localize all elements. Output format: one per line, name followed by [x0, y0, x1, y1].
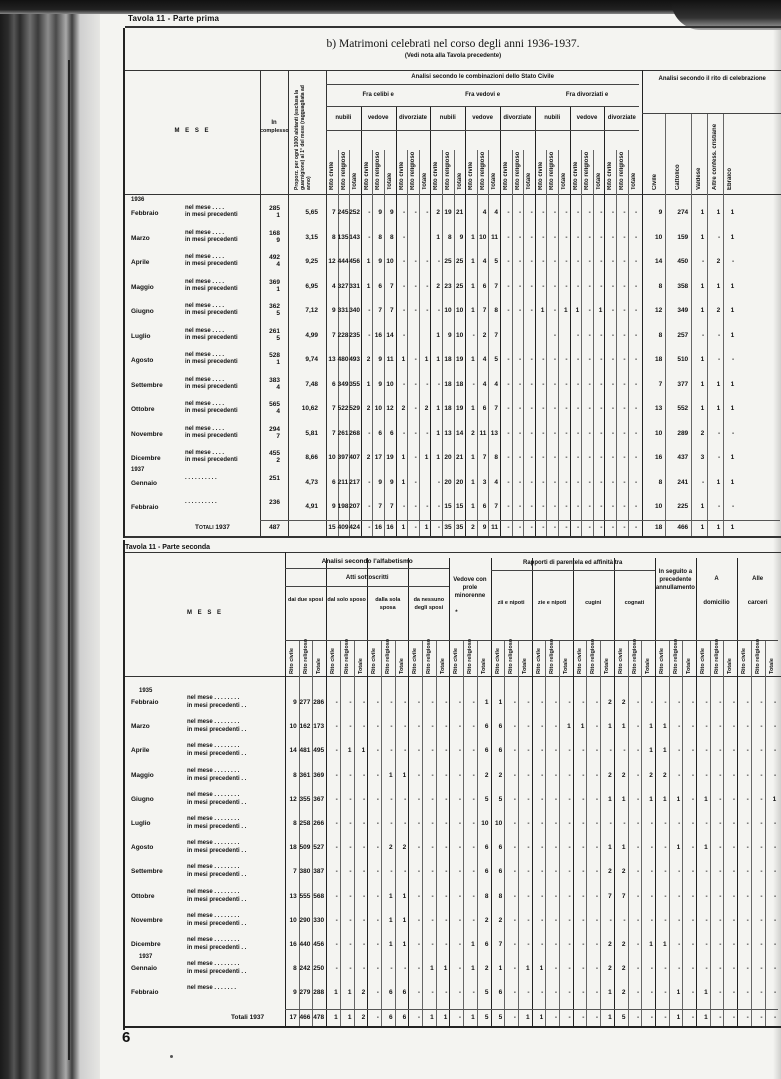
header-totale: Totale [440, 644, 446, 674]
cell-value: - [463, 820, 475, 827]
row-sub-label: in mesi precedenti [185, 212, 238, 219]
cell-value: - [723, 844, 735, 851]
cell-value: 2 [655, 772, 667, 779]
cell-value: 2 [396, 405, 406, 412]
cell-value: 8 [477, 893, 489, 900]
cell-rito: 1 [691, 307, 704, 314]
cell-value: - [737, 747, 749, 754]
row-sub-label: in mesi precedenti . . [187, 800, 246, 807]
cell-value: 407 [349, 454, 359, 461]
cell-value: - [559, 820, 571, 827]
row-sub-label: in mesi precedenti . . [187, 945, 246, 952]
cell-proporzione: 8,66 [288, 454, 318, 461]
cell-value: - [523, 405, 533, 412]
header-rito-civile: Rito civile [607, 136, 613, 190]
cell-value: - [765, 747, 777, 754]
cell-value: - [546, 356, 556, 363]
cell-value: - [340, 868, 352, 875]
cell-value: - [546, 234, 556, 241]
cell-value: - [422, 941, 434, 948]
cell-value: 21 [454, 209, 464, 216]
cell-value: - [381, 747, 393, 754]
row-sub-label: nel mese . . . . . . . . [187, 937, 239, 944]
cell-rito: 1 [723, 234, 734, 241]
cell-value: - [710, 723, 722, 730]
cell-rito: - [723, 430, 734, 437]
cell-value: 6 [477, 503, 487, 510]
cell-value: - [559, 747, 571, 754]
column-divider [642, 70, 643, 536]
cell-value: - [710, 989, 722, 996]
cell-value: - [463, 796, 475, 803]
row-sub-label: in mesi precedenti [185, 408, 238, 415]
cell-value: - [628, 283, 638, 290]
cell-value: 2 [600, 772, 612, 779]
header-rito-religioso: Rito religioso [549, 644, 555, 674]
cell-value: 1 [419, 356, 429, 363]
cell-value: - [504, 820, 516, 827]
cell-value: - [436, 917, 448, 924]
cell-in-complesso: 528 [260, 352, 280, 359]
cell-value: - [723, 989, 735, 996]
cell-value: - [628, 405, 638, 412]
cell-value: - [518, 868, 530, 875]
cell-value: - [546, 381, 556, 388]
total-value: - [593, 524, 603, 531]
cell-value: - [669, 893, 681, 900]
cell-value: 7 [326, 430, 336, 437]
header-fra-celibi: Fra celibi e [326, 92, 430, 98]
cell-value: - [340, 893, 352, 900]
cell-value: - [765, 917, 777, 924]
total-value: - [723, 1014, 735, 1021]
cell-value: - [682, 941, 694, 948]
cell-value: - [581, 454, 591, 461]
total-value: - [682, 1014, 694, 1021]
cell-value: - [436, 796, 448, 803]
cell-rito: 241 [665, 479, 688, 486]
cell-in-complesso: 7 [260, 433, 280, 440]
cell-rito: 1 [707, 405, 720, 412]
cell-value: 527 [312, 844, 324, 851]
cell-value: 1 [655, 723, 667, 730]
rule [285, 586, 449, 587]
cell-value: 10 [326, 454, 336, 461]
cell-value: - [751, 941, 763, 948]
cell-rito: - [707, 430, 720, 437]
cell-value: - [737, 772, 749, 779]
cell-value: 2 [491, 917, 503, 924]
cell-rito: 7 [645, 381, 662, 388]
rule [260, 520, 780, 521]
cell-value: - [586, 893, 598, 900]
cell-value: 1 [396, 356, 406, 363]
cell-value: - [518, 699, 530, 706]
cell-value: 8 [285, 772, 297, 779]
cell-value: - [381, 723, 393, 730]
cell-value: 5 [477, 796, 489, 803]
header-rito-religioso: Rito religioso [755, 644, 761, 674]
total-label: Totali 1937 [231, 1014, 264, 1021]
cell-value: 7 [488, 503, 498, 510]
total-value: - [641, 1014, 653, 1021]
cell-value: - [765, 820, 777, 827]
cell-rito: 9 [645, 209, 662, 216]
cell-value: - [737, 965, 749, 972]
total-value: 1 [340, 1014, 352, 1021]
cell-value: - [545, 868, 557, 875]
cell-value: - [751, 917, 763, 924]
cell-value: 235 [349, 332, 359, 339]
header-carceri: Alle [737, 576, 778, 582]
total-value: 1 [419, 524, 429, 531]
cell-value: - [326, 796, 338, 803]
row-month: Giugno [131, 308, 154, 315]
header-dalla-sola: dalla sola sposa [367, 596, 408, 612]
cell-value: - [765, 868, 777, 875]
cell-value: - [737, 917, 749, 924]
cell-rito: 358 [665, 283, 688, 290]
cell-value: 5 [477, 989, 489, 996]
cell-value: - [723, 772, 735, 779]
cell-value: - [737, 844, 749, 851]
cell-value: - [523, 479, 533, 486]
cell-value: - [604, 332, 614, 339]
header-vedove: vedove [465, 115, 500, 121]
cell-value: 18 [285, 844, 297, 851]
cell-value: - [504, 989, 516, 996]
header-rito-altre: Altre confess. cristiane [712, 120, 718, 190]
cell-proporzione: 10,62 [288, 405, 318, 412]
cell-value: 4 [488, 381, 498, 388]
row-sub-label: nel mese . . . . . . . . [187, 792, 239, 799]
cell-value: 10 [477, 234, 487, 241]
column-divider [573, 558, 574, 1026]
header-annullamento: In seguito a precedente annullamento [655, 568, 696, 592]
cell-value: - [616, 258, 626, 265]
cell-value: - [581, 234, 591, 241]
cell-rito: 18 [645, 356, 662, 363]
cell-rito: 10 [645, 503, 662, 510]
cell-value: - [500, 405, 510, 412]
cell-value: - [449, 917, 461, 924]
cell-value: - [545, 989, 557, 996]
cell-value: 7 [326, 405, 336, 412]
header-nubili: nubili [430, 115, 465, 121]
cell-value: 11 [477, 430, 487, 437]
column-divider [396, 106, 397, 536]
cell-value: 6 [326, 381, 336, 388]
cell-value: - [436, 699, 448, 706]
cell-value: - [512, 283, 522, 290]
cell-value: 495 [312, 747, 324, 754]
cell-value: - [396, 307, 406, 314]
cell-value: 1 [765, 796, 777, 803]
cell-value: - [326, 941, 338, 948]
cell-value: 6 [477, 405, 487, 412]
header-fra-vedovi: Fra vedovi e [430, 92, 534, 98]
cell-rito: 349 [665, 307, 688, 314]
cell-value: 2 [361, 356, 371, 363]
cell-value: 13 [488, 430, 498, 437]
header-zie: zie e nipoti [532, 600, 573, 606]
cell-value: 1 [570, 307, 580, 314]
cell-value: 9 [384, 209, 394, 216]
total-value: 1 [463, 1014, 475, 1021]
cell-value: 9 [442, 332, 452, 339]
cell-value: - [367, 917, 379, 924]
column-divider [723, 113, 724, 536]
cell-value: - [614, 917, 626, 924]
cell-value: - [381, 796, 393, 803]
cell-value: - [326, 917, 338, 924]
cell-value: 355 [299, 796, 311, 803]
cell-value: 6 [381, 989, 393, 996]
row-sub-label: . . . . . . . . . . [185, 475, 217, 482]
cell-rito: 8 [645, 332, 662, 339]
column-divider [430, 106, 431, 536]
cell-value: - [396, 332, 406, 339]
cell-in-complesso: 5 [260, 335, 280, 342]
cell-value: - [669, 699, 681, 706]
cell-value: - [430, 258, 440, 265]
cell-rito: 2 [707, 258, 720, 265]
cell-value: 2 [614, 989, 626, 996]
cell-value: 16 [285, 941, 297, 948]
cell-value: - [500, 356, 510, 363]
header-totale: Totale [561, 136, 567, 190]
cell-value: - [449, 772, 461, 779]
cell-value: - [546, 405, 556, 412]
row-sub-label: nel mese . . . . . . . . [187, 840, 239, 847]
row-sub-label: in mesi precedenti . . [187, 848, 246, 855]
cell-value: 1 [491, 965, 503, 972]
cell-value: 2 [614, 868, 626, 875]
cell-value: - [751, 699, 763, 706]
cell-value: - [723, 747, 735, 754]
cell-value: 7 [614, 893, 626, 900]
cell-value: - [737, 699, 749, 706]
header-rito-civile: Rito civile [371, 644, 377, 674]
header-totale: Totale [422, 136, 428, 190]
total-value: - [573, 1014, 585, 1021]
cell-value: 1 [465, 234, 475, 241]
header-rito-civile: Rito civile [329, 136, 335, 190]
header-rito-civile: Rito civile [330, 644, 336, 674]
cell-value: - [682, 893, 694, 900]
row-sub-label: nel mese . . . . [185, 205, 224, 212]
cell-value: - [628, 234, 638, 241]
row-sub-label: . . . . . . . . . . [185, 499, 217, 506]
cell-in-complesso: 1 [260, 359, 280, 366]
cell-value: - [628, 965, 640, 972]
cell-in-complesso: 236 [260, 499, 280, 506]
cell-value: - [628, 796, 640, 803]
cell-value: 18 [454, 381, 464, 388]
cell-rito: 450 [665, 258, 688, 265]
cell-value: 23 [442, 283, 452, 290]
cell-rito: 1 [691, 503, 704, 510]
total-value: 478 [312, 1014, 324, 1021]
total-value: 2 [465, 524, 475, 531]
cell-value: 10 [384, 381, 394, 388]
cell-value: 2 [477, 332, 487, 339]
cell-value: - [604, 381, 614, 388]
cell-value: - [535, 356, 545, 363]
cell-value: - [628, 820, 640, 827]
cell-value: 1 [465, 479, 475, 486]
cell-value: - [751, 868, 763, 875]
row-sub-label: nel mese . . . . [185, 401, 224, 408]
row-month: Settembre [131, 382, 163, 389]
cell-value: - [558, 356, 568, 363]
cell-value: - [408, 796, 420, 803]
cell-value: - [504, 868, 516, 875]
cell-value: 8 [372, 234, 382, 241]
cell-value: 9 [372, 381, 382, 388]
cell-value: - [655, 868, 667, 875]
cell-value: - [604, 283, 614, 290]
cell-rito: - [691, 332, 704, 339]
cell-rito: 1 [691, 209, 704, 216]
cell-value: 10 [442, 307, 452, 314]
column-divider [367, 558, 368, 1026]
header-rito-religioso: Rito religioso [515, 136, 521, 190]
rule [285, 640, 778, 641]
cell-value: 11 [488, 234, 498, 241]
cell-value: 8 [384, 234, 394, 241]
total-value: - [586, 1014, 598, 1021]
row-month: Agosto [131, 844, 153, 851]
cell-value: - [504, 965, 516, 972]
total-label: Totali 1937 [195, 524, 230, 531]
cell-value: 7 [488, 405, 498, 412]
cell-value: - [419, 283, 429, 290]
cell-in-complesso: 565 [260, 401, 280, 408]
cell-value: - [354, 723, 366, 730]
cell-value: - [449, 796, 461, 803]
cell-value: - [558, 454, 568, 461]
cell-value: 1 [436, 965, 448, 972]
header-totale: Totale [316, 644, 322, 674]
running-head: Tavola 11 - Parte prima [128, 14, 219, 23]
cell-value: - [504, 917, 516, 924]
header-carceri: carceri [737, 600, 778, 606]
cell-value: - [512, 405, 522, 412]
header-zii: zii e nipoti [491, 600, 532, 606]
cell-value: - [586, 747, 598, 754]
cell-value: - [408, 844, 420, 851]
cell-value: - [558, 405, 568, 412]
cell-value: - [354, 699, 366, 706]
cell-value: 207 [349, 503, 359, 510]
cell-value: - [449, 989, 461, 996]
cell-proporzione: 5,81 [288, 430, 318, 437]
header-domicilio: domicilio [696, 600, 737, 606]
cell-value: 1 [655, 796, 667, 803]
cell-value: 14 [285, 747, 297, 754]
cell-value: - [523, 209, 533, 216]
total-value: - [765, 1014, 777, 1021]
header-rito-civile: Rito civile [577, 644, 583, 674]
cell-value: - [545, 699, 557, 706]
cell-value: - [570, 405, 580, 412]
header-totale: Totale [563, 644, 569, 674]
cell-value: - [696, 820, 708, 827]
column-divider [491, 558, 492, 1026]
cell-value: 1 [600, 796, 612, 803]
cell-in-complesso: 261 [260, 328, 280, 335]
column-divider [691, 113, 692, 536]
cell-value: 1 [465, 454, 475, 461]
cell-rito: 8 [645, 283, 662, 290]
total-value: - [523, 524, 533, 531]
cell-value: - [655, 965, 667, 972]
cell-value: 327 [338, 283, 348, 290]
cell-value: 12 [285, 796, 297, 803]
cell-value: 568 [312, 893, 324, 900]
cell-value: - [407, 307, 417, 314]
header-cugini: cugini [573, 600, 614, 606]
cell-value: 6 [372, 283, 382, 290]
cell-in-complesso: 168 [260, 230, 280, 237]
total-value: - [545, 1014, 557, 1021]
row-month: Ottobre [131, 893, 154, 900]
total-value: 1 [436, 1014, 448, 1021]
cell-value: 2 [477, 772, 489, 779]
total-value: 1 [669, 1014, 681, 1021]
row-sub-label: in mesi precedenti . . [187, 969, 246, 976]
cell-value: - [395, 723, 407, 730]
cell-value: - [396, 430, 406, 437]
cell-value: 25 [454, 258, 464, 265]
cell-value: 509 [299, 844, 311, 851]
cell-value: 1 [641, 723, 653, 730]
cell-rito: - [707, 234, 720, 241]
cell-value: - [545, 820, 557, 827]
cell-value: - [669, 941, 681, 948]
cell-value: - [682, 796, 694, 803]
cell-value: - [523, 283, 533, 290]
row-month: Giugno [131, 796, 154, 803]
cell-value: - [737, 941, 749, 948]
cell-value: 6 [477, 941, 489, 948]
cell-value: - [586, 772, 598, 779]
cell-value: - [545, 941, 557, 948]
cell-value: - [573, 989, 585, 996]
cell-value: - [573, 893, 585, 900]
cell-value: - [751, 723, 763, 730]
cell-value: - [723, 941, 735, 948]
header-da-nessuno: da nessuno degli sposi [408, 596, 449, 612]
gutter-line [68, 60, 70, 1060]
cell-value: - [628, 868, 640, 875]
cell-value: - [518, 747, 530, 754]
cell-value: - [430, 479, 440, 486]
cell-value: - [361, 307, 371, 314]
total-value: - [407, 524, 417, 531]
cell-value: 1 [669, 844, 681, 851]
cell-value: 5 [491, 796, 503, 803]
cell-value: 1 [381, 941, 393, 948]
cell-value: 1 [558, 307, 568, 314]
cell-value: - [500, 454, 510, 461]
cell-value: 522 [338, 405, 348, 412]
header-rito-ebraico: Ebraico [727, 120, 733, 190]
cell-value: 1 [395, 893, 407, 900]
column-divider [408, 558, 409, 1026]
cell-value: - [558, 283, 568, 290]
